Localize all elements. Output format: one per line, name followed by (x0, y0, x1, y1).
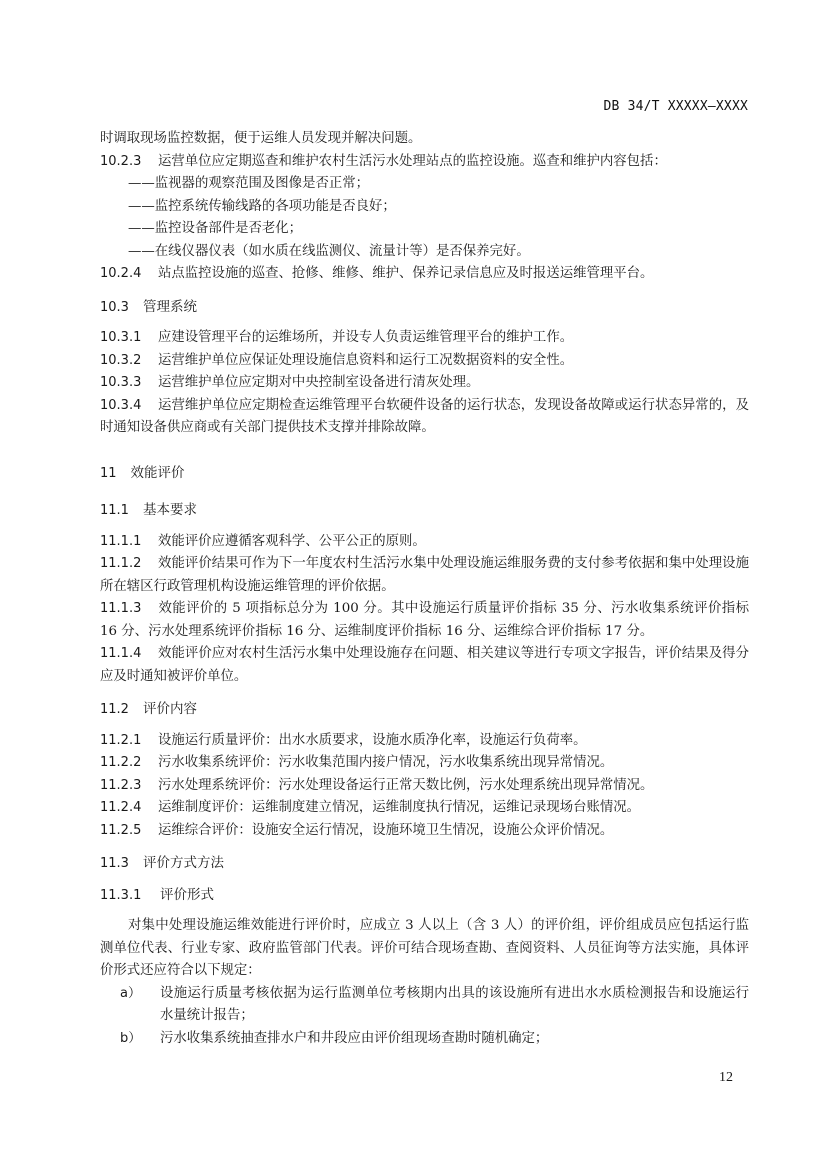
dash-list-item: ——在线仪器仪表（如水质在线监测仪、流量计等）是否保养完好。 (100, 241, 749, 264)
clause-number: 11.1.1 (100, 531, 146, 554)
continuation-text: 时调取现场监控数据，便于运维人员发现并解决问题。 (100, 128, 749, 151)
clause-10-3-4: 10.3.4运营维护单位应定期检查运维管理平台软硬件设备的运行状态，发现设备故障… (100, 395, 749, 440)
clause-number: 10.3.1 (100, 327, 146, 350)
section-heading-11-1: 11.1基本要求 (100, 499, 749, 523)
dash-list-item: ——监控设备部件是否老化； (100, 218, 749, 241)
dash-list-item: ——监控系统传输线路的各项功能是否良好； (100, 196, 749, 219)
clause-10-3-1: 10.3.1应建设管理平台的运维场所，并设专人负责运维管理平台的维护工作。 (100, 327, 749, 350)
clause-number: 10.2.3 (100, 151, 146, 174)
clause-text: 运维综合评价：设施安全运行情况，设施环境卫生情况，设施公众评价情况。 (158, 823, 613, 838)
clause-text: 效能评价的 5 项指标总分为 100 分。其中设施运行质量评价指标 35 分、污… (100, 601, 749, 639)
clause-11-2-1: 11.2.1设施运行质量评价：出水水质要求，设施水质净化率，设施运行负荷率。 (100, 730, 749, 753)
chapter-heading-11: 11效能评价 (100, 462, 749, 486)
section-number: 11.1 (100, 500, 129, 523)
clause-text: 运维制度评价：运维制度建立情况，运维制度执行情况，运维记录现场台账情况。 (158, 800, 640, 815)
document-body: 时调取现场监控数据，便于运维人员发现并解决问题。 10.2.3运营单位应定期巡查… (100, 128, 749, 1050)
clause-text: 污水处理系统评价：污水处理设备运行正常天数比例，污水处理系统出现异常情况。 (158, 778, 653, 793)
clause-number: 11.1.2 (100, 553, 146, 576)
clause-text: 效能评价应对农村生活污水集中处理设施存在问题、相关建议等进行专项文字报告，评价结… (100, 646, 749, 684)
clause-11-2-4: 11.2.4运维制度评价：运维制度建立情况，运维制度执行情况，运维记录现场台账情… (100, 797, 749, 820)
section-title: 管理系统 (143, 299, 197, 315)
section-number: 10.3 (100, 297, 129, 320)
section-heading-11-3: 11.3评价方式方法 (100, 852, 749, 876)
section-title: 基本要求 (143, 502, 197, 518)
clause-11-1-4: 11.1.4效能评价应对农村生活污水集中处理设施存在问题、相关建议等进行专项文字… (100, 643, 749, 688)
clause-number: 11.2.1 (100, 730, 146, 753)
document-code-header: DB 34/T XXXXX—XXXX (604, 99, 748, 114)
paragraph-evaluation-form: 对集中处理设施运维效能进行评价时，应成立 3 人以上（含 3 人）的评价组，评价… (100, 915, 749, 983)
list-label: a） (120, 983, 160, 1028)
section-heading-10-3: 10.3管理系统 (100, 296, 749, 320)
section-title: 评价方式方法 (143, 855, 224, 871)
clause-text: 污水收集系统评价：污水收集范围内接户情况，污水收集系统出现异常情况。 (158, 755, 613, 770)
dash-list-item: ——监视器的观察范围及图像是否正常； (100, 173, 749, 196)
clause-10-3-3: 10.3.3运营维护单位应定期对中央控制室设备进行清灰处理。 (100, 372, 749, 395)
list-label: b） (120, 1028, 160, 1051)
clause-number: 10.3.2 (100, 350, 146, 373)
clause-text: 运营维护单位应定期对中央控制室设备进行清灰处理。 (158, 375, 479, 390)
page-number: 12 (719, 1070, 733, 1086)
subsection-number: 11.3.1 (100, 885, 146, 908)
clause-10-3-2: 10.3.2运营维护单位应保证处理设施信息资料和运行工况数据资料的安全性。 (100, 350, 749, 373)
subsection-heading-11-3-1: 11.3.1评价形式 (100, 884, 749, 908)
clause-11-1-2: 11.1.2效能评价结果可作为下一年度农村生活污水集中处理设施运维服务费的支付参… (100, 553, 749, 598)
section-number: 11.2 (100, 699, 129, 722)
section-number: 11.3 (100, 853, 129, 876)
clause-number: 11.2.5 (100, 820, 146, 843)
clause-text: 运营维护单位应保证处理设施信息资料和运行工况数据资料的安全性。 (158, 353, 573, 368)
list-item-a: a） 设施运行质量考核依据为运行监测单位考核期内出具的该设施所有进出水水质检测报… (100, 983, 749, 1028)
clause-number: 10.3.4 (100, 395, 146, 418)
clause-11-2-3: 11.2.3污水处理系统评价：污水处理设备运行正常天数比例，污水处理系统出现异常… (100, 775, 749, 798)
chapter-title: 效能评价 (131, 465, 185, 481)
clause-10-2-4: 10.2.4站点监控设施的巡查、抢修、维修、维护、保养记录信息应及时报送运维管理… (100, 263, 749, 286)
clause-text: 设施运行质量评价：出水水质要求，设施水质净化率，设施运行负荷率。 (158, 733, 587, 748)
subsection-title: 评价形式 (160, 887, 214, 903)
clause-11-1-1: 11.1.1效能评价应遵循客观科学、公平公正的原则。 (100, 531, 749, 554)
section-heading-11-2: 11.2评价内容 (100, 698, 749, 722)
clause-text: 效能评价结果可作为下一年度农村生活污水集中处理设施运维服务费的支付参考依据和集中… (100, 556, 749, 594)
list-text: 设施运行质量考核依据为运行监测单位考核期内出具的该设施所有进出水水质检测报告和设… (160, 983, 749, 1028)
clause-number: 11.1.3 (100, 598, 146, 621)
list-text: 污水收集系统抽查排水户和井段应由评价组现场查勘时随机确定； (160, 1028, 749, 1051)
clause-number: 11.2.3 (100, 775, 146, 798)
clause-text: 站点监控设施的巡查、抢修、维修、维护、保养记录信息应及时报送运维管理平台。 (158, 266, 653, 281)
clause-text: 效能评价应遵循客观科学、公平公正的原则。 (158, 534, 426, 549)
clause-text: 应建设管理平台的运维场所，并设专人负责运维管理平台的维护工作。 (158, 330, 573, 345)
clause-10-2-3: 10.2.3运营单位应定期巡查和维护农村生活污水处理站点的监控设施。巡查和维护内… (100, 151, 749, 174)
clause-11-2-5: 11.2.5运维综合评价：设施安全运行情况，设施环境卫生情况，设施公众评价情况。 (100, 820, 749, 843)
clause-11-2-2: 11.2.2污水收集系统评价：污水收集范围内接户情况，污水收集系统出现异常情况。 (100, 752, 749, 775)
clause-number: 11.2.2 (100, 752, 146, 775)
clause-number: 10.3.3 (100, 372, 146, 395)
clause-number: 10.2.4 (100, 263, 146, 286)
list-item-b: b） 污水收集系统抽查排水户和井段应由评价组现场查勘时随机确定； (100, 1028, 749, 1051)
clause-11-1-3: 11.1.3效能评价的 5 项指标总分为 100 分。其中设施运行质量评价指标 … (100, 598, 749, 643)
clause-number: 11.1.4 (100, 643, 146, 666)
clause-text: 运营维护单位应定期检查运维管理平台软硬件设备的运行状态，发现设备故障或运行状态异… (100, 398, 749, 436)
clause-number: 11.2.4 (100, 797, 146, 820)
clause-text: 运营单位应定期巡查和维护农村生活污水处理站点的监控设施。巡查和维护内容包括： (158, 154, 667, 169)
section-title: 评价内容 (143, 701, 197, 717)
chapter-number: 11 (100, 463, 117, 486)
